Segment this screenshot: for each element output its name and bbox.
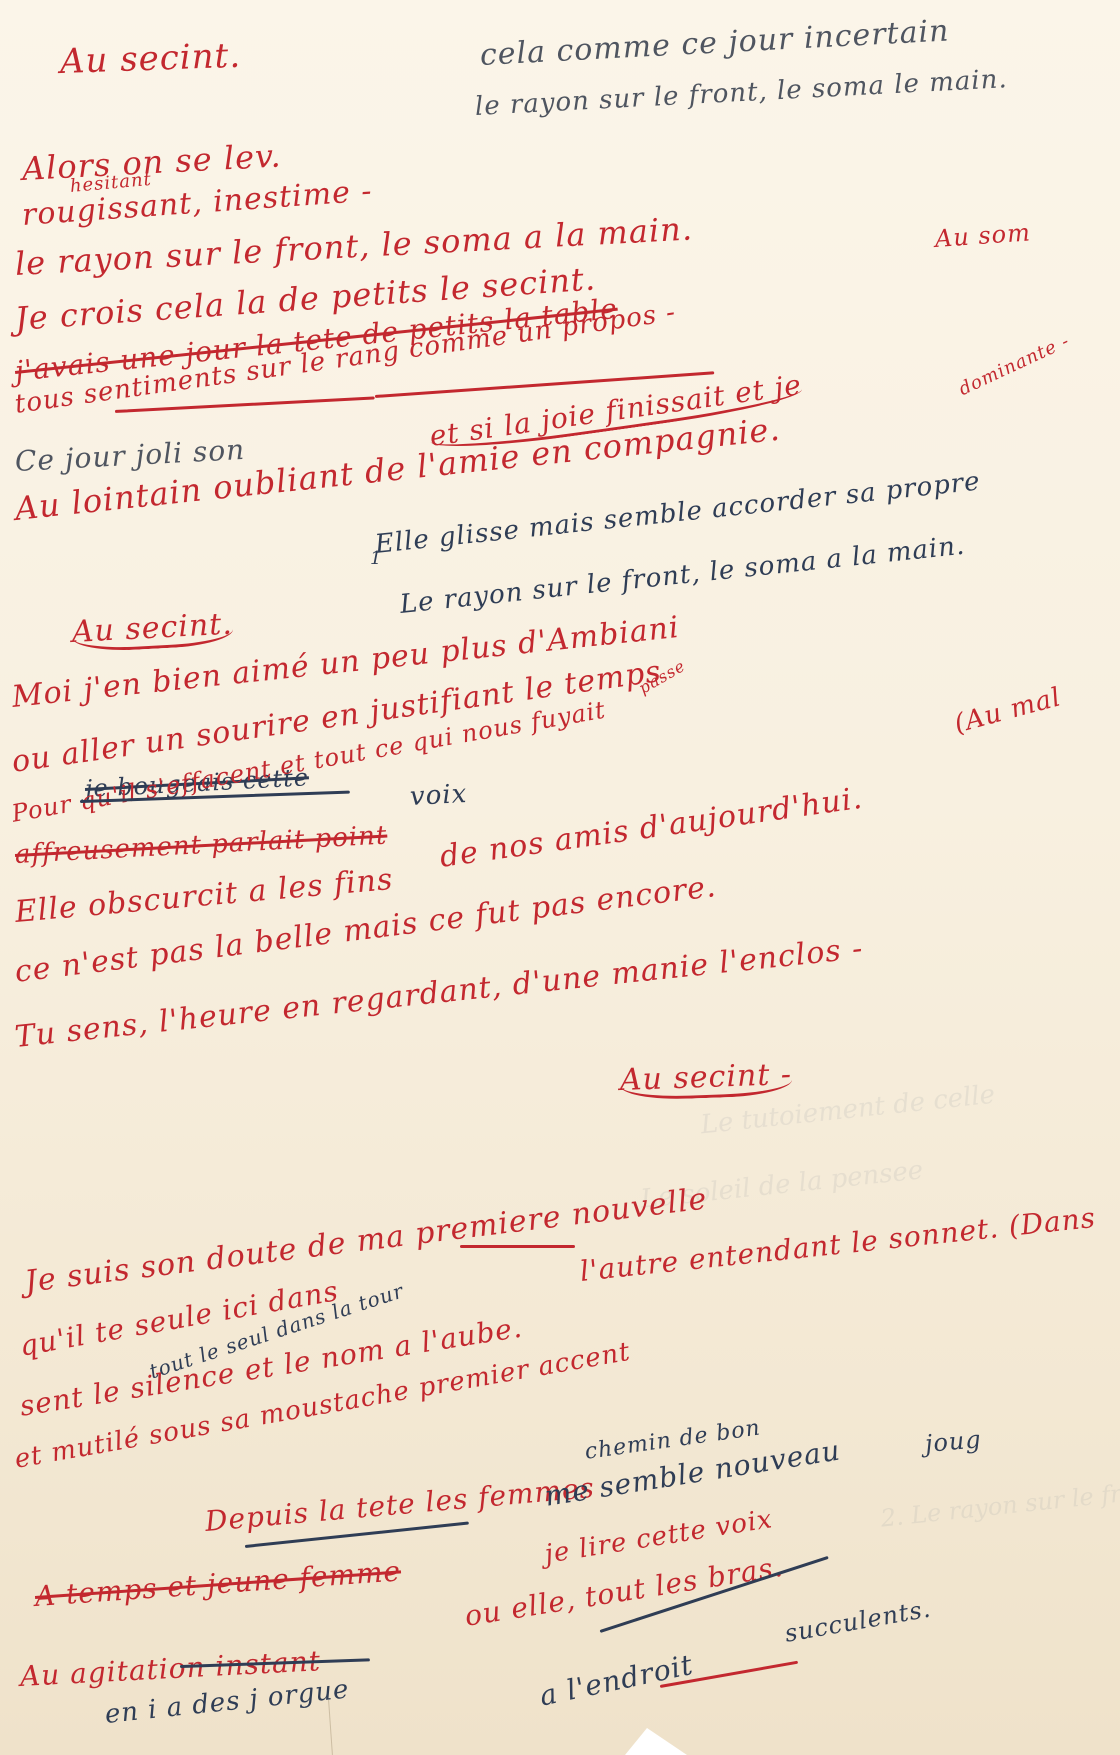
handwritten-line-l13: dominante -: [956, 330, 1073, 400]
handwritten-line-l49: a l'endroit: [537, 1648, 697, 1713]
handwritten-line-l8: Au som: [934, 218, 1032, 253]
handwritten-line-l19: Au secint.: [71, 607, 234, 653]
handwritten-line-l32: Au secint -: [619, 1057, 792, 1101]
paper-tear: [625, 1728, 687, 1755]
manuscript-page: Le tutoiement de celleLe soleil de la pe…: [0, 0, 1120, 1755]
strike-stroke: [460, 1245, 575, 1248]
handwritten-line-l23: (Au mal: [951, 682, 1064, 739]
handwritten-line-l45: ou elle, tout les bras.: [462, 1550, 785, 1633]
handwritten-line-l17: 1: [370, 548, 382, 569]
handwritten-line-l46: succulents.: [783, 1595, 934, 1648]
handwritten-line-l1: Au secint.: [59, 36, 241, 82]
handwritten-line-l2: cela comme ce jour incertain: [479, 13, 950, 73]
handwritten-line-l3: le rayon sur le front, le soma le main.: [474, 64, 1008, 122]
handwritten-line-l28: de nos amis d'aujourd'hui.: [438, 781, 865, 875]
bleed-through-text: 2. Le rayon sur le front: [879, 1475, 1120, 1532]
handwritten-line-l44: A temps et jeune femme: [34, 1554, 402, 1613]
handwritten-line-l40: joug: [924, 1425, 983, 1458]
handwritten-line-l25: voix: [409, 779, 468, 812]
handwritten-line-l27: affreusement parlait point: [14, 821, 388, 870]
